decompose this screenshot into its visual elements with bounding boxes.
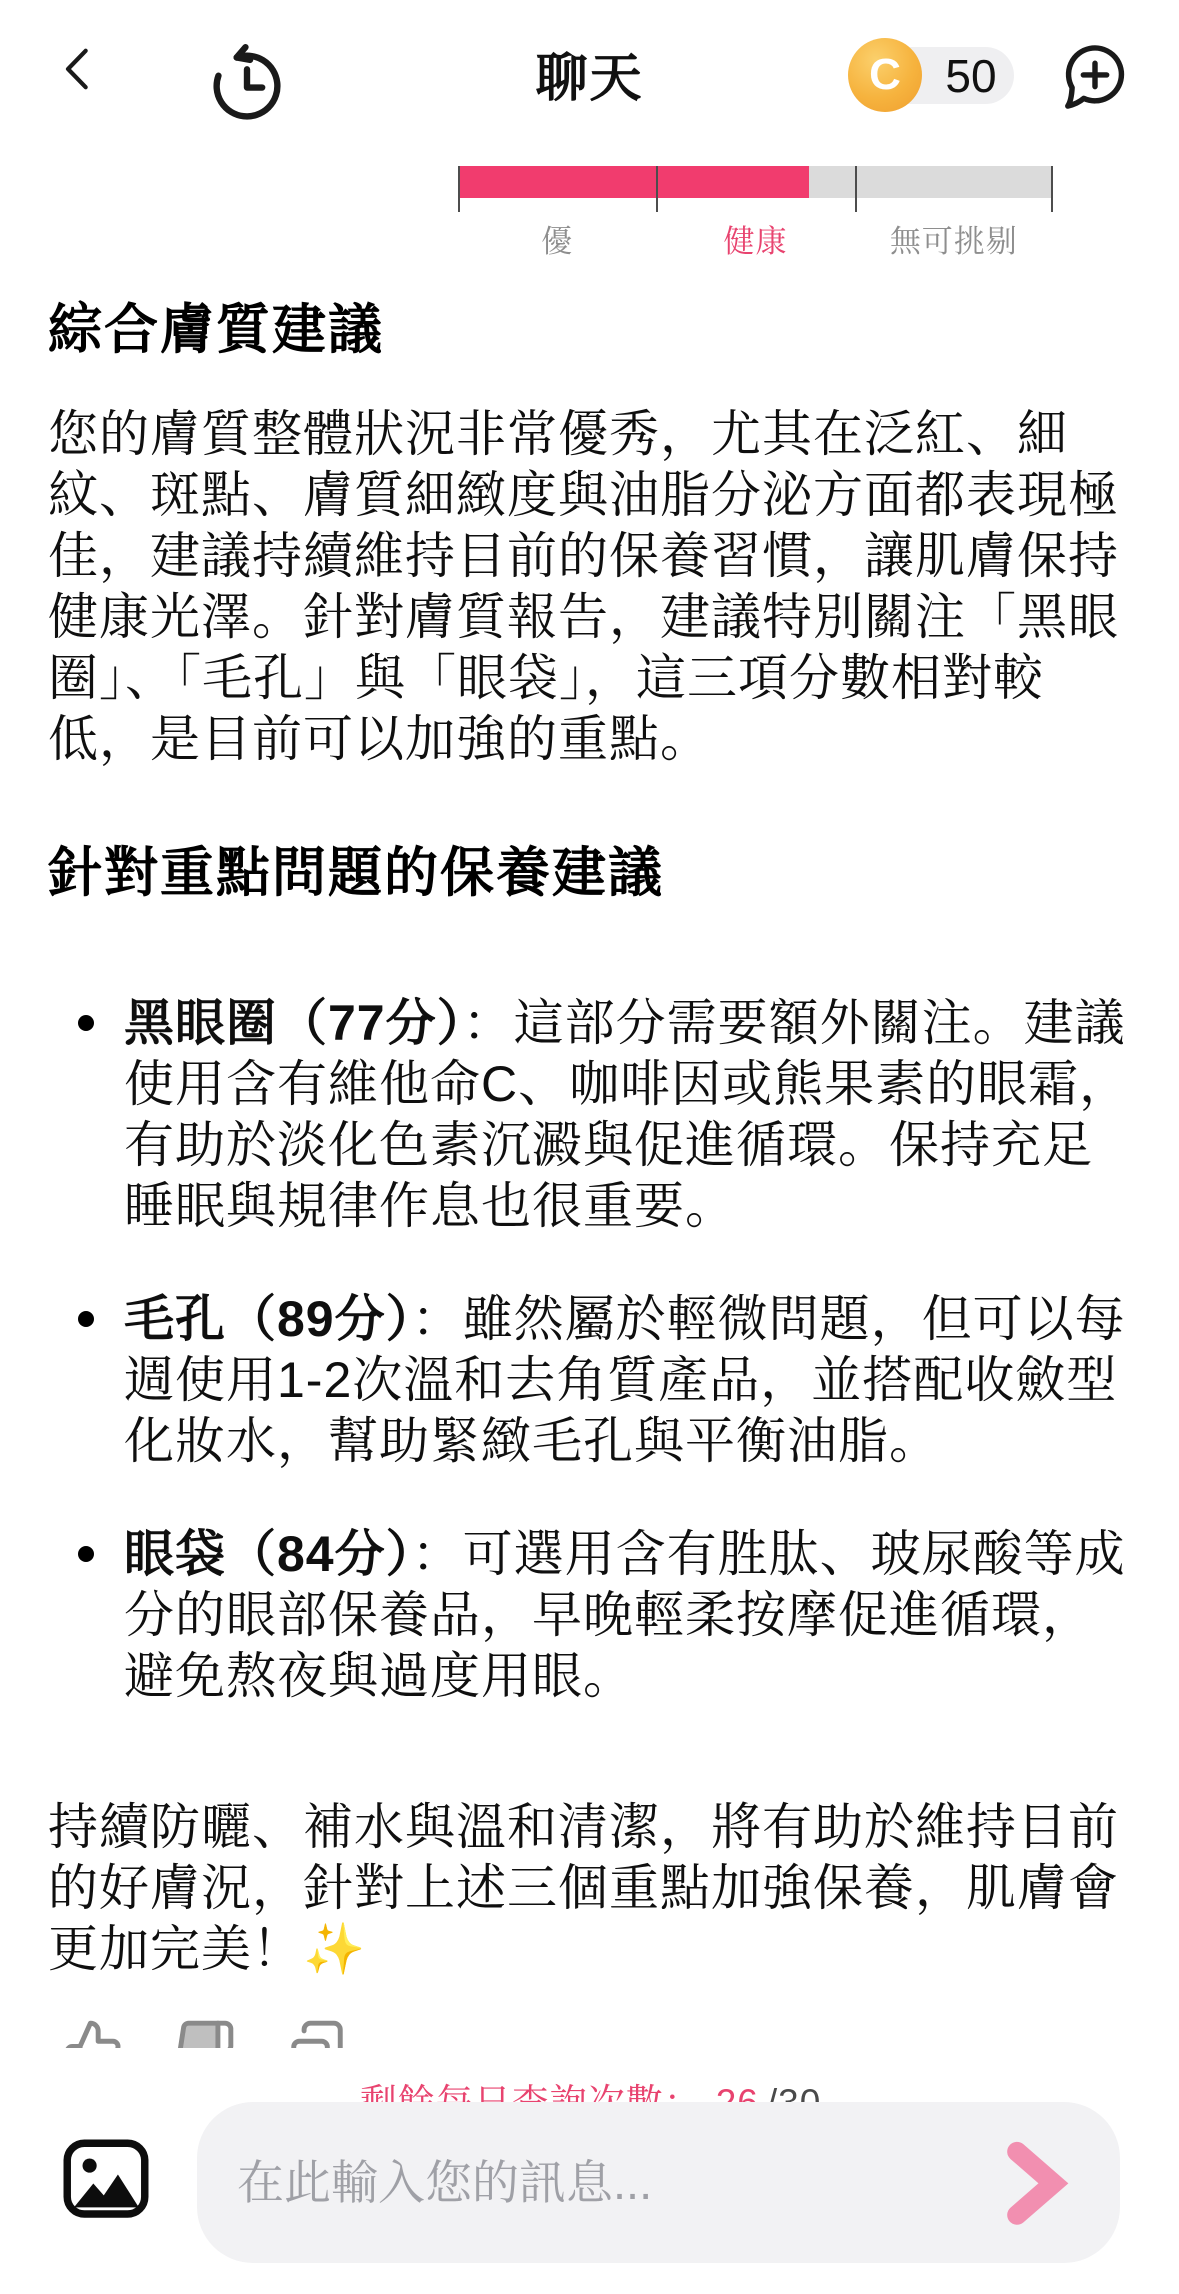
photo-upload-button[interactable] <box>60 2138 152 2220</box>
message-actions <box>48 2018 1133 2048</box>
coin-icon: C <box>848 38 922 112</box>
list-item-dark-circles: 黑眼圈（77分）：這部分需要額外關注。建議使用含有維他命C、咖啡因或熊果素的眼霜… <box>48 993 1133 1237</box>
photo-icon <box>60 2138 152 2220</box>
section-heading-overall: 綜合膚質建議 <box>48 287 1133 364</box>
list-item-eye-bags: 眼袋（84分）：可選用含有胜肽、玻尿酸等成分的眼部保養品，早晚輕柔按摩促進循環，… <box>48 1524 1133 1707</box>
meter-tick <box>855 166 857 212</box>
top-bar: 聊天 C 50 <box>0 0 1179 130</box>
meter-label-flawless: 無可挑剔 <box>855 216 1053 261</box>
thumbs-up-icon[interactable] <box>62 2018 124 2048</box>
send-button[interactable] <box>998 2136 1074 2230</box>
chat-screen: 聊天 C 50 優 健康 無可挑剔 綜合膚質建議 您的膚質整體狀況 <box>0 0 1179 2294</box>
assistant-message: 綜合膚質建議 您的膚質整體狀況非常優秀，尤其在泛紅、細紋、斑點、膚質細緻度與油脂… <box>0 287 1179 2126</box>
outro-paragraph: 持續防曬、補水與溫和清潔，將有助於維持目前的好膚況，針對上述三個重點加強保養，肌… <box>48 1797 1133 1980</box>
message-input-pill <box>197 2102 1120 2263</box>
new-chat-icon[interactable] <box>1060 42 1130 118</box>
meter-track <box>458 166 1053 198</box>
meter-label-excellent: 優 <box>458 216 656 261</box>
meter-fill <box>458 166 809 198</box>
composer-bar <box>0 2100 1179 2294</box>
meter-labels: 優 健康 無可挑剔 <box>458 216 1053 261</box>
copy-icon[interactable] <box>286 2018 348 2048</box>
coin-count: 50 <box>928 47 1014 104</box>
thumbs-down-icon[interactable] <box>174 2018 236 2048</box>
list-item-pores: 毛孔（89分）：雖然屬於輕微問題，但可以每週使用1-2次溫和去角質產品，並搭配收… <box>48 1289 1133 1472</box>
meter-tick <box>656 166 658 212</box>
meter-label-healthy: 健康 <box>656 216 854 261</box>
advice-list: 黑眼圈（77分）：這部分需要額外關注。建議使用含有維他命C、咖啡因或熊果素的眼霜… <box>48 993 1133 1707</box>
intro-paragraph: 您的膚質整體狀況非常優秀，尤其在泛紅、細紋、斑點、膚質細緻度與油脂分泌方面都表現… <box>48 404 1133 770</box>
skin-score-meter: 優 健康 無可挑剔 <box>458 166 1053 261</box>
send-chevron-icon <box>998 2139 1074 2228</box>
section-heading-focus: 針對重點問題的保養建議 <box>48 830 1133 907</box>
message-input[interactable] <box>197 2102 1120 2263</box>
coin-badge[interactable]: C 50 <box>856 47 1014 104</box>
meter-tick <box>458 166 460 212</box>
meter-tick <box>1051 166 1053 212</box>
